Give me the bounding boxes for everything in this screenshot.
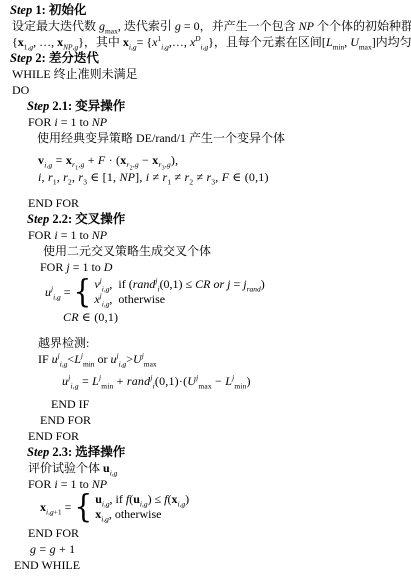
line-mutation-description: 使用经典变异策略 DE/rand/1 产生一个变异个体: [0, 130, 411, 146]
line-selection-description: 评价试验个体 ui,g: [0, 460, 411, 476]
left-brace-glyph: {: [74, 283, 92, 301]
line-bounds-check-label: 越界检测:: [0, 335, 411, 351]
line-mutation-for: FOR i = 1 to NP: [0, 114, 411, 130]
line-selection-formula: xi,g+1 ={ui,g, if f(ui,g) ≤ f(xi,g)xi,g,…: [0, 492, 411, 522]
line-crossover-for-i: FOR i = 1 to NP: [0, 227, 411, 243]
line-bounds-end-if: END IF: [0, 396, 411, 412]
line-step2-2-heading: Step 2.2: 交叉操作: [0, 211, 411, 227]
line-end-while: END WHILE: [0, 557, 411, 573]
line-cr-range: CR ∈ (0,1): [0, 309, 411, 325]
line-step2-heading: Step 2: 差分迭代: [0, 50, 411, 66]
line-mutation-constraints: i, r1, r2, r3 ∈ [1, NP], i ≠ r1 ≠ r2 ≠ r…: [0, 169, 411, 185]
cases-rows: ui,g, if f(ui,g) ≤ f(xi,g)xi,g, otherwis…: [95, 492, 189, 522]
cases-row-1: vji,g, if (randji(0,1) ≤ CR or j = jrand…: [94, 277, 264, 292]
cases-rows: vji,g, if (randji(0,1) ≤ CR or j = jrand…: [94, 277, 264, 307]
line-mutation-end-for: END FOR: [0, 195, 411, 211]
line-selection-for: FOR i = 1 to NP: [0, 476, 411, 492]
cases-row-2: xji,g, otherwise: [94, 292, 264, 307]
line-do-keyword: DO: [0, 82, 411, 98]
line-crossover-formula: uji,g ={vji,g, if (randji(0,1) ≤ CR or j…: [0, 277, 411, 307]
cases-row-1: ui,g, if f(ui,g) ≤ f(xi,g): [95, 492, 189, 507]
line-step2-3-heading: Step 2.3: 选择操作: [0, 444, 411, 460]
line-crossover-for-j: FOR j = 1 to D: [0, 259, 411, 275]
line-crossover-end-for-i: END FOR: [0, 428, 411, 444]
document-body: Step 1: 初始化设定最大迭代数 gmax, 迭代索引 g = 0，并产生一…: [0, 2, 411, 573]
line-mutation-formula: vi,g = xr1,g + F · (xr2,g − xr3,g),: [0, 152, 411, 169]
cases-lhs: uji,g =: [45, 284, 71, 300]
cases-lhs: xi,g+1 =: [40, 499, 71, 515]
left-brace-glyph: {: [74, 498, 92, 516]
line-selection-end-for: END FOR: [0, 525, 411, 541]
line-crossover-description: 使用二元交叉策略生成交叉个体: [0, 243, 411, 259]
line-while-condition: WHILE 终止准则未满足: [0, 66, 411, 82]
line-bounds-repair-formula: uji,g = Ljmin + randji(0,1)·(Ujmax − Ljm…: [0, 373, 411, 389]
line-increment-g: g = g + 1: [0, 541, 411, 557]
line-step2-1-heading: Step 2.1: 变异操作: [0, 98, 411, 114]
line-bounds-if: IF uji,g<Ljmin or uji,g>Ujmax: [0, 351, 411, 367]
line-init-description-2: {x1,g, …, xNP,g}，其中 xi,g= {x1i,g,…, xDi,…: [0, 34, 411, 50]
line-crossover-end-for-j: END FOR: [0, 412, 411, 428]
line-init-description-1: 设定最大迭代数 gmax, 迭代索引 g = 0，并产生一个包含 NP 个个体的…: [0, 18, 411, 34]
paper-page: Step 1: 初始化设定最大迭代数 gmax, 迭代索引 g = 0，并产生一…: [0, 0, 411, 576]
cases-row-2: xi,g, otherwise: [95, 507, 189, 522]
line-step1-heading: Step 1: 初始化: [0, 2, 411, 18]
